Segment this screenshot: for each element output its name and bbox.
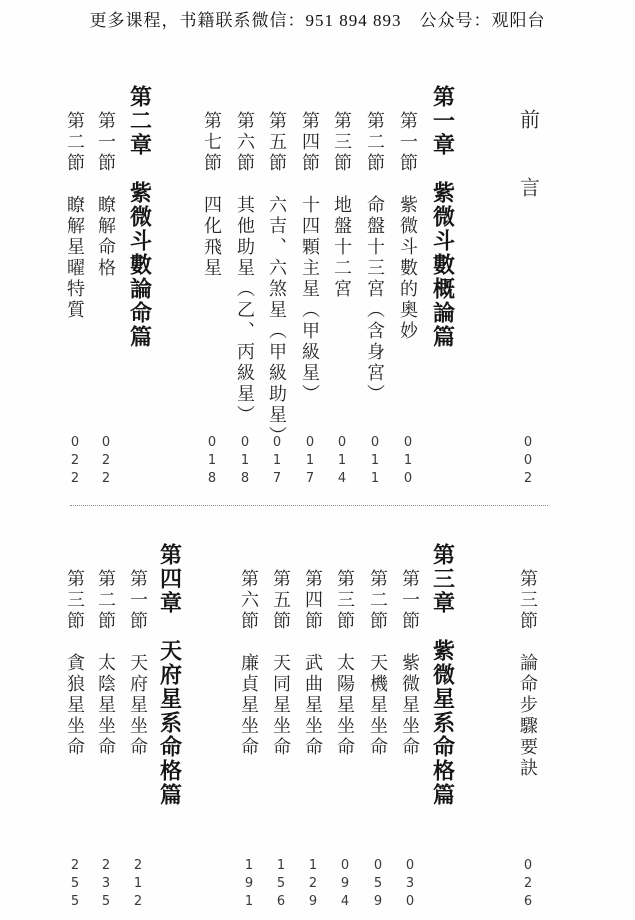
toc-entry: 第一節 紫微斗數的奧妙 010 (391, 85, 425, 505)
toc-entry-title: 前 言 (514, 109, 543, 211)
toc-entry-page: 022 (99, 435, 114, 489)
toc-entry-page: 059 (371, 858, 386, 912)
toc-entry: 第七節 四化飛星 018 (195, 85, 229, 505)
toc-entry-title: 第一節 天府星坐命 (125, 569, 151, 758)
toc-entry-page: 129 (306, 858, 321, 912)
toc-entry-page: 191 (242, 858, 257, 912)
toc-entry-page: 212 (131, 858, 146, 912)
book-toc-page: 更多课程，书籍联系微信：951 894 893 公众号：观阳台 前 言 002 … (0, 0, 635, 920)
toc-entry-title: 第三節 貪狼星坐命 (62, 569, 88, 758)
toc-entry-page: 094 (338, 858, 353, 912)
toc-entry-page: 017 (303, 435, 318, 489)
toc-entry: 第三節 地盤十二宮 014 (325, 85, 359, 505)
toc-entry-page: 002 (521, 435, 536, 489)
toc-entry: 第五節 六吉、六煞星（甲級助星） 017 (260, 85, 294, 505)
toc-entry-title: 第五節 天同星坐命 (268, 569, 294, 758)
toc-entry-page: 017 (270, 435, 285, 489)
toc-entry-title: 第四節 武曲星坐命 (300, 569, 326, 758)
toc-entry-page: 030 (403, 858, 418, 912)
toc-entry-title: 第一節 紫微斗數的奧妙 (395, 111, 421, 342)
toc-entry: 第二節 太陰星坐命 235 (89, 543, 123, 917)
toc-entry: 第三節 太陽星坐命 094 (328, 543, 362, 917)
toc-entry-page: 011 (368, 435, 383, 489)
toc-entry-title: 第七節 四化飛星 (199, 111, 225, 279)
toc-entry: 第四節 武曲星坐命 129 (296, 543, 330, 917)
toc-entry-title: 第二章 紫微斗數論命篇 (125, 85, 156, 349)
toc-entry-page: 014 (335, 435, 350, 489)
toc-entry: 第四節 十四顆主星（甲級星） 017 (293, 85, 327, 505)
toc-entry-title: 第三節 太陽星坐命 (332, 569, 358, 758)
header-contact-line: 更多课程，书籍联系微信：951 894 893 公众号：观阳台 (0, 6, 635, 31)
toc-entry: 第一節 瞭解命格 022 (89, 85, 123, 505)
toc-entry: 第一節 紫微星坐命 030 (393, 543, 427, 917)
toc-entry-title: 第六節 其他助星（乙、丙級星） (232, 111, 258, 426)
toc-entry-page: 156 (274, 858, 289, 912)
toc-entry-title: 第一節 紫微星坐命 (397, 569, 423, 758)
toc-entry-page: 010 (401, 435, 416, 489)
toc-entry-title: 第二節 太陰星坐命 (93, 569, 119, 758)
toc-entry-page: 255 (68, 858, 83, 912)
toc-top-half: 前 言 002 第一章 紫微斗數概論篇 第一節 紫微斗數的奧妙 010 第二節 … (0, 85, 635, 505)
toc-entry-title: 第三章 紫微星系命格篇 (428, 543, 459, 807)
toc-entry-title: 第二節 命盤十三宮（含身宮） (362, 111, 388, 405)
toc-entry-chapter-4: 第四章 天府星系命格篇 (153, 543, 187, 917)
toc-entry-chapter-1: 第一章 紫微斗數概論篇 (426, 85, 460, 505)
toc-entry: 第三節 貪狼星坐命 255 (58, 543, 92, 917)
toc-entry-page: 022 (68, 435, 83, 489)
toc-entry-page: 018 (238, 435, 253, 489)
toc-entry: 第一節 天府星坐命 212 (121, 543, 155, 917)
toc-entry-title: 第四章 天府星系命格篇 (155, 543, 186, 807)
section-divider (70, 505, 548, 506)
toc-entry-page: 018 (205, 435, 220, 489)
toc-entry: 第六節 其他助星（乙、丙級星） 018 (228, 85, 262, 505)
toc-entry: 第二節 命盤十三宮（含身宮） 011 (358, 85, 392, 505)
toc-entry-page: 026 (521, 858, 536, 912)
toc-entry: 第二節 天機星坐命 059 (361, 543, 395, 917)
toc-entry-title: 第二節 天機星坐命 (365, 569, 391, 758)
toc-entry-title: 第一節 瞭解命格 (93, 111, 119, 279)
toc-entry-title: 第一章 紫微斗數概論篇 (428, 85, 459, 349)
toc-entry: 第三節 論命步驟要訣 026 (511, 543, 545, 917)
toc-entry-chapter-2: 第二章 紫微斗數論命篇 (123, 85, 157, 505)
toc-entry: 第五節 天同星坐命 156 (264, 543, 298, 917)
toc-entry-title: 第二節 瞭解星曜特質 (62, 111, 88, 321)
toc-entry-page: 235 (99, 858, 114, 912)
toc-entry: 第六節 廉貞星坐命 191 (232, 543, 266, 917)
toc-bottom-half: 第三節 論命步驟要訣 026 第三章 紫微星系命格篇 第一節 紫微星坐命 030… (0, 543, 635, 917)
toc-entry-title: 第五節 六吉、六煞星（甲級助星） (264, 111, 290, 447)
toc-entry-title: 第四節 十四顆主星（甲級星） (297, 111, 323, 405)
toc-entry-title: 第三節 論命步驟要訣 (515, 569, 541, 779)
toc-entry-chapter-3: 第三章 紫微星系命格篇 (426, 543, 460, 917)
toc-entry-preface: 前 言 002 (511, 85, 545, 505)
toc-entry: 第二節 瞭解星曜特質 022 (58, 85, 92, 505)
toc-entry-title: 第六節 廉貞星坐命 (236, 569, 262, 758)
toc-entry-title: 第三節 地盤十二宮 (329, 111, 355, 300)
